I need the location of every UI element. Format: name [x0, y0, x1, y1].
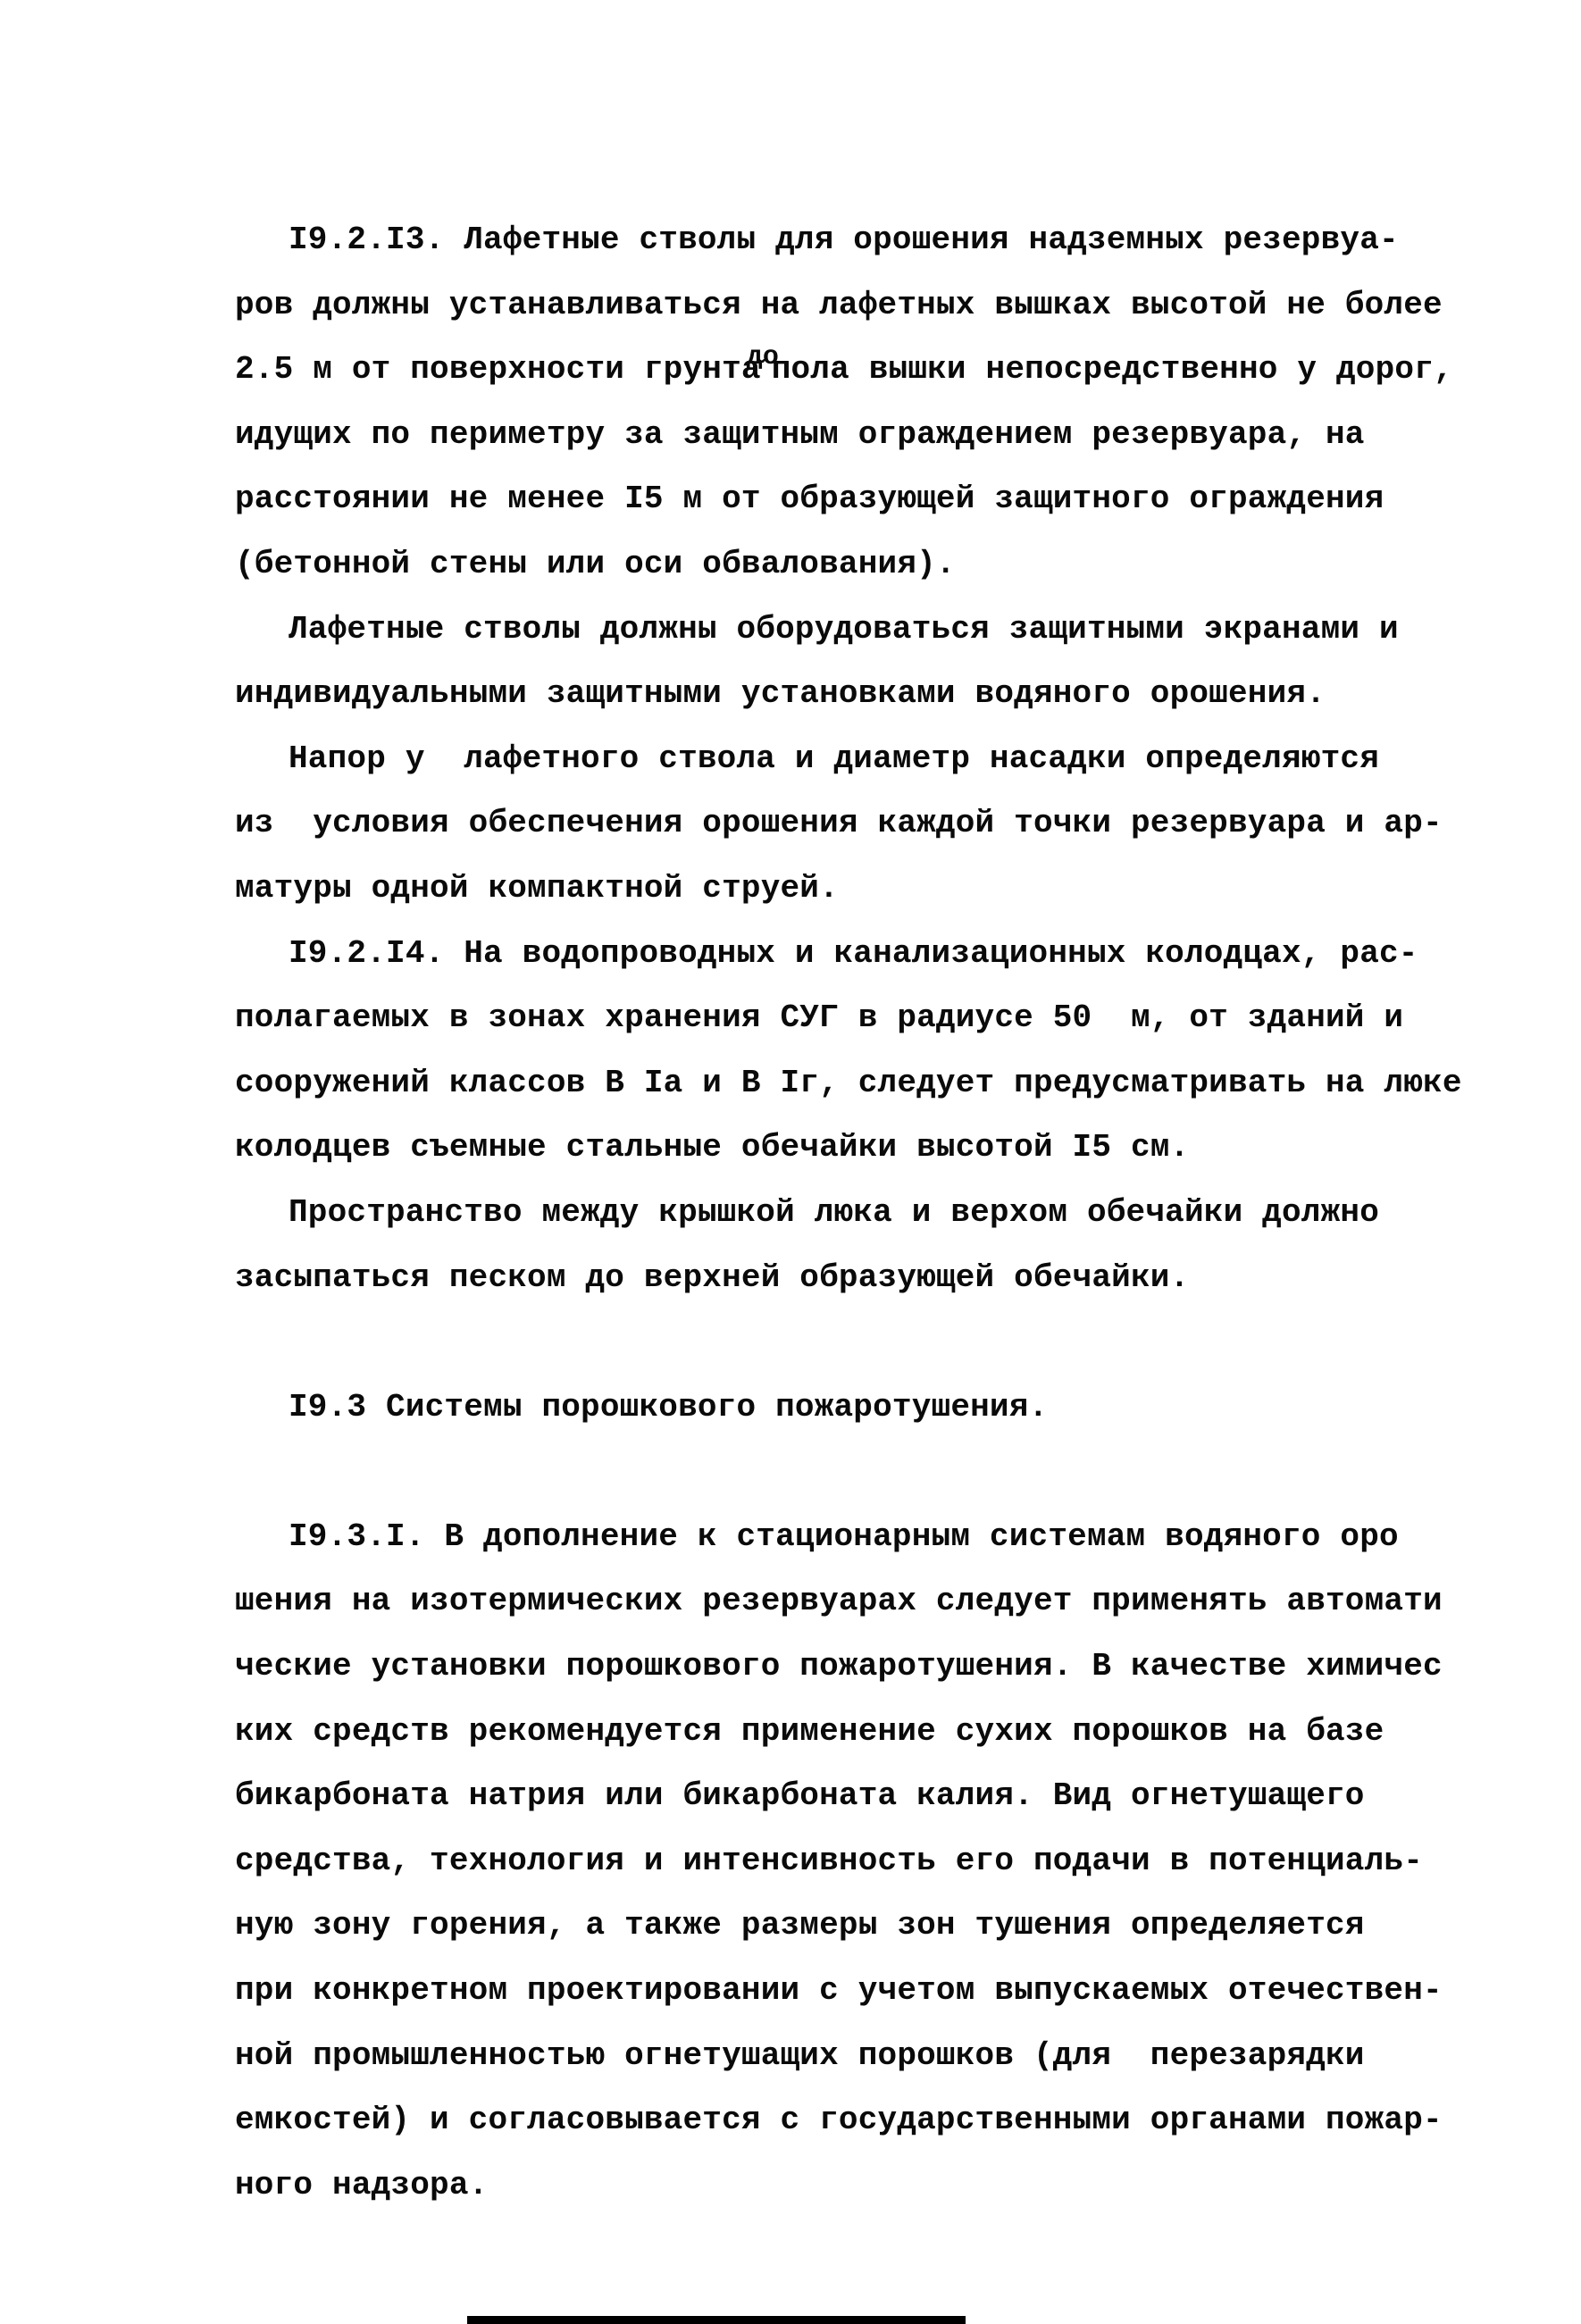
- text-line: Пространство между крышкой люка и верхом…: [235, 1181, 1503, 1246]
- text-line: идущих по периметру за защитным огражден…: [235, 403, 1503, 468]
- text-line: засыпаться песком до верхней образующей …: [235, 1246, 1503, 1311]
- text-line: ную зону горения, а также размеры зон ту…: [235, 1893, 1503, 1959]
- text-line: матуры одной компактной струей.: [235, 857, 1503, 922]
- text-line: емкостей) и согласовывается с государств…: [235, 2088, 1503, 2153]
- text-line: Лафетные стволы должны оборудоваться защ…: [235, 598, 1503, 663]
- section-heading: I9.3 Системы порошкового пожаротушения.: [235, 1375, 1503, 1441]
- text-line: [235, 1440, 1503, 1505]
- text-line: средства, технология и интенсивность его…: [235, 1829, 1503, 1894]
- scan-artifact-bar: [467, 2316, 966, 2324]
- text-line: [235, 1310, 1503, 1375]
- text-line: I9.3.I. В дополнение к стационарным сист…: [235, 1505, 1503, 1570]
- handwritten-insertion: ˇдо: [761, 377, 772, 378]
- scanned-page: I9.2.I3. Лафетные стволы для орошения на…: [0, 0, 1581, 2324]
- text-line: бикарбоната натрия или бикарбоната калия…: [235, 1764, 1503, 1829]
- text-line: ной промышленностью огнетушащих порошков…: [235, 2024, 1503, 2089]
- text-line: расстоянии не менее I5 м от образующей з…: [235, 467, 1503, 532]
- text-line: Напор у лафетного ствола и диаметр насад…: [235, 727, 1503, 792]
- text-line: колодцев съемные стальные обечайки высот…: [235, 1116, 1503, 1181]
- text-line: сооружений классов В Iа и В Iг, следует …: [235, 1051, 1503, 1116]
- text-line: из условия обеспечения орошения каждой т…: [235, 791, 1503, 857]
- text-line: ров должны устанавливаться на лафетных в…: [235, 273, 1503, 339]
- text-line: полагаемых в зонах хранения СУГ в радиус…: [235, 986, 1503, 1051]
- text-line: I9.2.I4. На водопроводных и канализацион…: [235, 922, 1503, 987]
- text-line: ного надзора.: [235, 2153, 1503, 2219]
- text-line: шения на изотермических резервуарах след…: [235, 1569, 1503, 1634]
- text-line: при конкретном проектировании с учетом в…: [235, 1959, 1503, 2024]
- insertion-text: до: [747, 325, 779, 390]
- text-line: (бетонной стены или оси обвалования).: [235, 532, 1503, 598]
- text-line: ческие установки порошкового пожаротушен…: [235, 1634, 1503, 1700]
- text-line: ких средств рекомендуется применение сух…: [235, 1700, 1503, 1765]
- text-line: 2.5 м от поверхности грунтаˇдопола вышки…: [235, 338, 1503, 403]
- text-line: индивидуальными защитными установками во…: [235, 662, 1503, 727]
- text-line: I9.2.I3. Лафетные стволы для орошения на…: [235, 208, 1503, 273]
- document-body: I9.2.I3. Лафетные стволы для орошения на…: [235, 208, 1503, 2218]
